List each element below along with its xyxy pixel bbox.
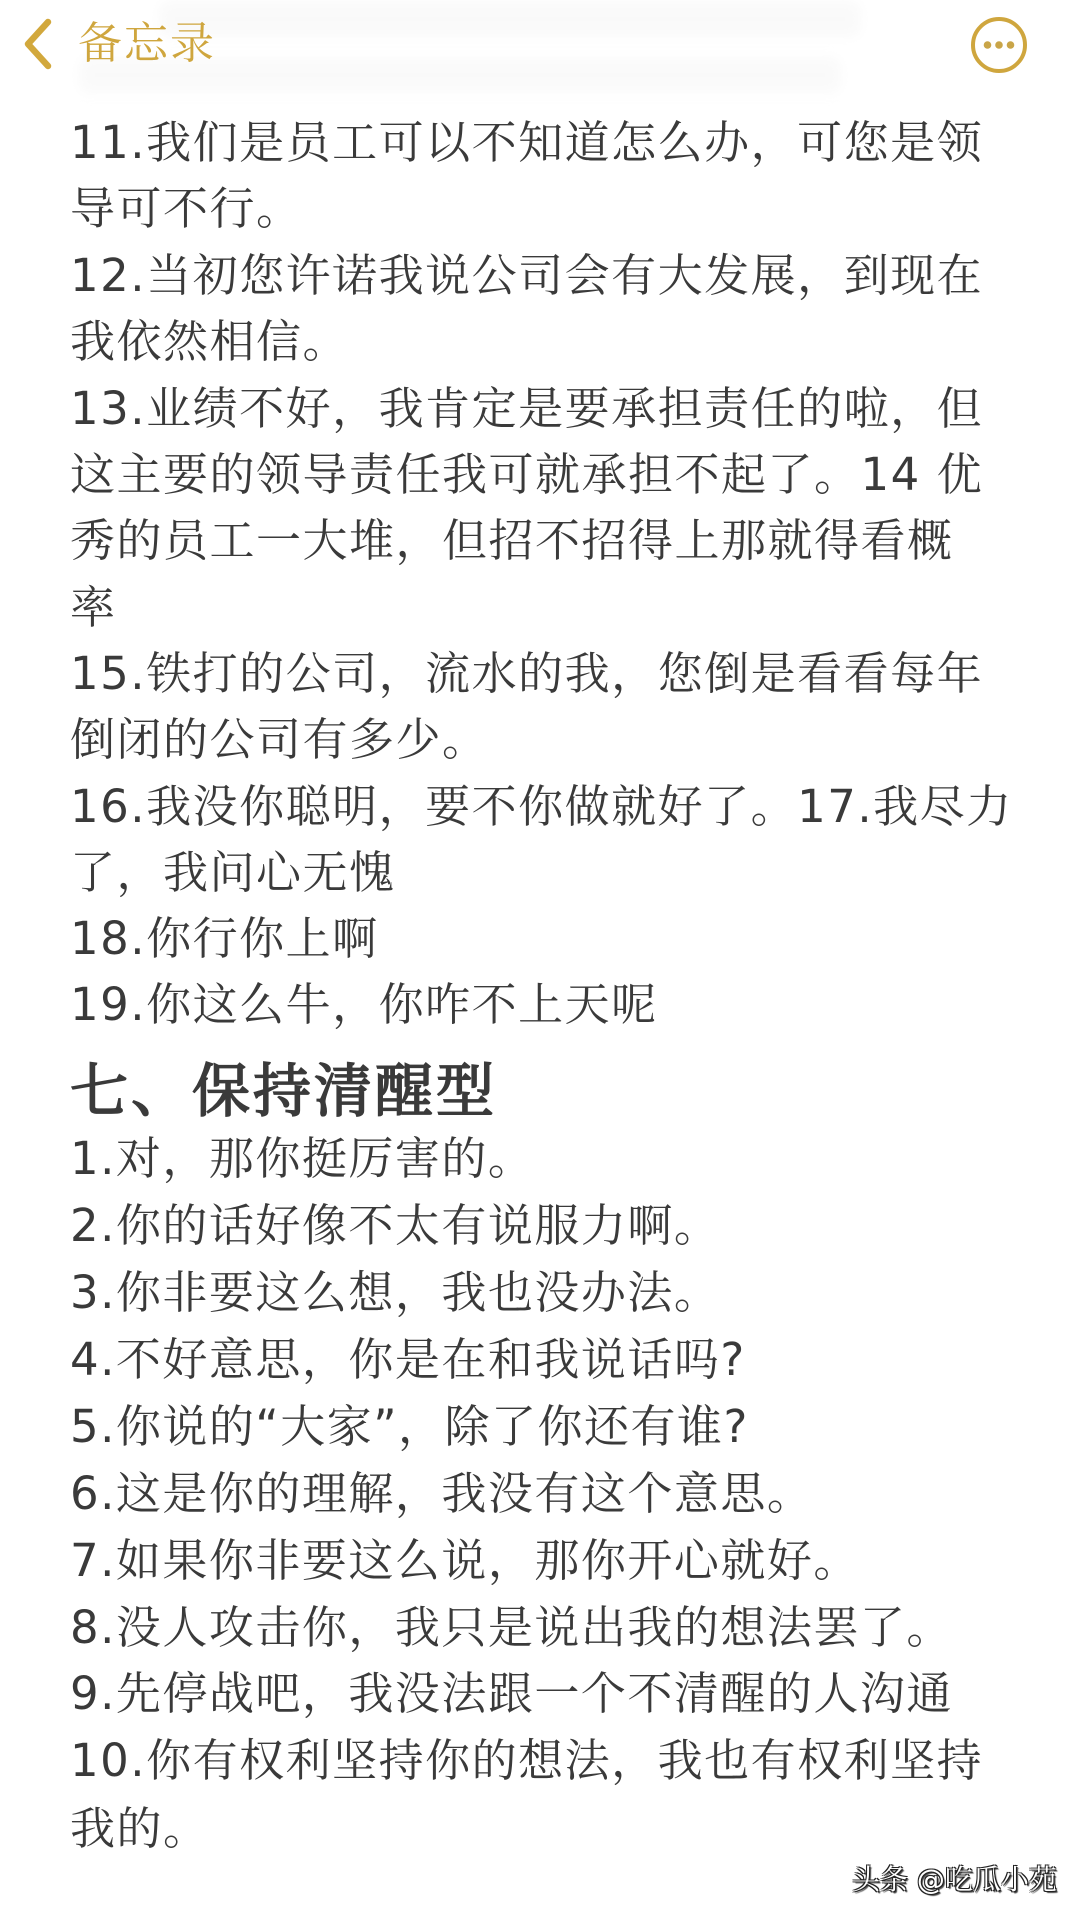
more-options-button[interactable] xyxy=(969,15,1029,75)
note-line: 18.你行你上啊 xyxy=(70,906,379,972)
note-line: 4.不好意思，你是在和我说话吗? xyxy=(70,1327,746,1393)
back-label: 备忘录 xyxy=(78,14,216,74)
note-line: 8.没人攻击你，我只是说出我的想法罢了。 xyxy=(70,1595,953,1661)
note-line: 2.你的话好像不太有说服力啊。 xyxy=(70,1193,720,1259)
note-line: 9.先停战吧，我没法跟一个不清醒的人沟通 xyxy=(70,1661,953,1727)
note-line: 10.你有权利坚持你的想法，我也有权利坚持 xyxy=(70,1728,983,1794)
note-line: 13.业绩不好，我肯定是要承担责任的啦，但 xyxy=(70,376,983,442)
note-line: 导可不行。 xyxy=(70,176,303,242)
source-watermark: 头条 @吃瓜小苑 xyxy=(852,1862,1057,1898)
section-heading: 七、保持清醒型 xyxy=(70,1056,497,1126)
note-line: 我依然相信。 xyxy=(70,309,349,375)
note-line: 1.对，那你挺厉害的。 xyxy=(70,1126,534,1192)
note-line: 7.如果你非要这么说，那你开心就好。 xyxy=(70,1528,860,1594)
note-line: 19.你这么牛，你咋不上天呢 xyxy=(70,972,658,1038)
note-line: 秀的员工一大堆，但招不招得上那就得看概 xyxy=(70,508,954,574)
note-line: 这主要的领导责任我可就承担不起了。14 优 xyxy=(70,442,983,508)
note-line: 倒闭的公司有多少。 xyxy=(70,707,489,773)
more-horizontal-circle-icon xyxy=(969,15,1029,75)
navigation-bar: 备忘录 xyxy=(0,0,1080,100)
note-line: 3.你非要这么想，我也没办法。 xyxy=(70,1260,720,1326)
note-line: 16.我没你聪明，要不你做就好了。17.我尽力 xyxy=(70,774,1013,840)
note-line: 15.铁打的公司，流水的我，您倒是看看每年 xyxy=(70,641,983,707)
chevron-left-icon xyxy=(18,16,58,72)
note-line: 12.当初您许诺我说公司会有大发展，到现在 xyxy=(70,243,983,309)
note-line: 了，我问心无愧 xyxy=(70,840,396,906)
note-line: 6.这是你的理解，我没有这个意思。 xyxy=(70,1461,813,1527)
note-line: 5.你说的“大家”，除了你还有谁? xyxy=(70,1394,749,1460)
note-line: 我的。 xyxy=(70,1796,210,1862)
note-line: 11.我们是员工可以不知道怎么办，可您是领 xyxy=(70,110,983,176)
note-line: 率 xyxy=(70,575,117,641)
back-button[interactable]: 备忘录 xyxy=(18,14,216,74)
